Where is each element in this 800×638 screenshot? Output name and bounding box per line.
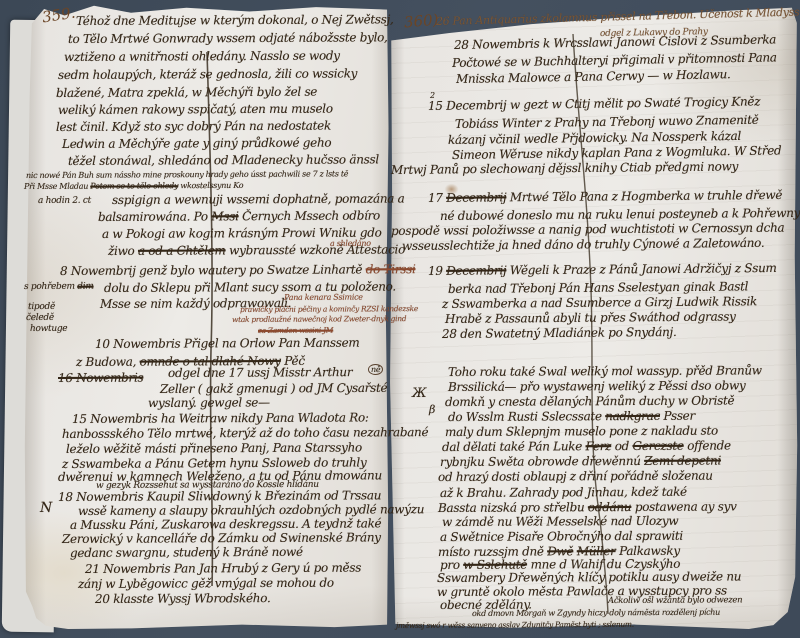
handwritten-line: Pana kenara Ssimice (284, 293, 363, 302)
handwritten-line: 15 Decembrij w gezt w Ctitj mělit po Swa… (428, 94, 760, 113)
handwritten-line: Bassta nizská pro střelbu oddánu postawe… (438, 499, 737, 515)
handwritten-line: jměwssj swó r wěss sanveno asslav Zdunit… (396, 620, 634, 630)
handwritten-line: 15 Nowembris ha Weitraw nikdy Pana Wlado… (72, 410, 369, 426)
handwritten-line: berka nad Třebonj Pán Hans Sselestyan gi… (448, 279, 748, 296)
handwritten-line: domkň y cnesta dělaných Pánům duchy w Ob… (445, 393, 734, 409)
handwritten-line: wztiženo a wnitřnosti ohledány. Nasslo s… (64, 49, 340, 64)
handwritten-line: 28 den Swatetný Mladiánek po Snydánj. (442, 325, 677, 341)
handwritten-line: zánj w Lyběgowicc gěž vmýgal se mohou do (78, 576, 334, 591)
margin-cross-mark: Ж (412, 386, 426, 401)
handwritten-line: sspigign a wewnuji wssemi dophatně, poma… (112, 191, 405, 207)
handwritten-line: od hrazý dosti oblaupj z dřiní pořádně s… (438, 469, 713, 484)
handwritten-line: 16 Nowembris (58, 371, 143, 385)
handwritten-line: a Swětnice Pisaře Obročnýho dal sprawiti (440, 529, 683, 544)
handwritten-line: wtak prodlaužné nawečnoj kod Zweter-dnyk… (232, 314, 406, 324)
handwritten-line: Při Msse Mladau Potom se to tělo ohledy … (24, 181, 243, 191)
handwritten-line: z Sswamberka a nad Ssumberce a Girzj Lud… (442, 294, 757, 311)
manuscript-photo: Téhož dne Meditujse w kterým dokonal, o … (0, 0, 800, 638)
handwritten-line: 19 Decembrij Wěgeli k Praze z Pánů Janow… (428, 261, 777, 278)
handwritten-line: Zeller ( gakž gmenugi ) od JM Cysařsté (160, 381, 387, 396)
handwritten-line: howtuge (30, 324, 67, 334)
handwritten-line: 28 Nowembris k Wrcsslawi Janowi Cislovi … (454, 32, 776, 52)
handwritten-line: Mrtwj Panů po slechowanj dějssl knihy Ct… (391, 159, 738, 177)
handwritten-line: tipodě (28, 302, 55, 312)
handwritten-line: a shledáno (330, 239, 371, 248)
handwritten-line: s pohřebem dim (24, 282, 94, 292)
handwritten-line: Brssilická— přo wystawenj weliký z Pěssi… (448, 378, 745, 394)
handwritten-line: Mnisska Malowce a Pana Cerwy — w Hozlawu… (456, 67, 731, 86)
handwritten-line: dal dělati také Pán Luke Ferz od Gerczst… (442, 438, 731, 454)
handwritten-line: odgel dne 17 ussj Misstr Arthur (168, 365, 352, 380)
handwritten-line: okd dmovn Morgaň w Zgyndy hiczy doly nám… (472, 608, 720, 618)
handwritten-line: a hodin 2. ct (38, 196, 91, 206)
handwritten-line: Hrabě z Passaunů abyli tu přes Swáthod o… (445, 309, 736, 326)
handwritten-line: 8 Nowembrij genž bylo wautery po Swatze … (60, 262, 416, 278)
handwritten-line: za Zamden wssini JM (258, 326, 333, 335)
handwritten-line: Ledwin a Měchýře gate y giný průdkowé ge… (62, 136, 331, 151)
margin-beta-mark: β (429, 403, 435, 416)
handwritten-line: ně (368, 364, 383, 375)
handwriting-layer: Téhož dne Meditujse w kterým dokonal, o … (0, 0, 800, 638)
handwritten-line: nic nowé Pán Buh sum nássho mine proskou… (26, 169, 348, 180)
handwritten-line: 21 Nowembris Pan Jan Hrubý z Gery ú po m… (85, 561, 361, 576)
handwritten-line: 17 Decembrij Mrtwé Tělo Pana z Hogmberka… (428, 188, 782, 205)
handwritten-line: Ačkoliw ošl wžánta bylo odwezen (608, 595, 742, 606)
handwritten-line: maly dum Sklepnjm muselo pone z nakladu … (445, 424, 718, 439)
handwritten-line: Toho roku také Swal weliký mol wassyp. p… (448, 363, 762, 379)
handwritten-line: prawičky pláčni pěčiny a kominčy RZSI ka… (240, 304, 418, 314)
handwritten-line: do Wsslm Rusti Sslecssate nadkgrac Psser (448, 409, 695, 424)
handwritten-line: hanbossského Tělo mrtwé, kterýž až do to… (62, 425, 428, 441)
handwritten-line: Zerowický v kancelláře do Zámku od Swine… (62, 530, 381, 546)
handwritten-line: to Tělo Mrtwé Gonwrady wssem odjaté nábo… (68, 30, 388, 46)
handwritten-line: w zámdě nu Wěži Messelské nad Ulozyw (442, 514, 678, 529)
handwritten-line: lest činil. Když sto syc dobrý Pán na ne… (56, 119, 331, 134)
handwritten-line: gedanc swargnu, studený k Bráně nowé (70, 545, 303, 560)
handwritten-line: N (40, 500, 52, 516)
handwritten-line: 20 klasste Wyssj Wbrodského. (95, 591, 271, 606)
handwritten-line: blažené, Matra zpeklá, w Měchýři bylo že… (56, 85, 317, 100)
handwritten-line: až k Brahu. Zahrady pod Jinhau, kdež tak… (440, 485, 687, 500)
handwritten-line: balsamirowána. Po Mssi Černych Mssech od… (98, 209, 380, 224)
handwritten-line: 26 Pan Antiquarius zkolamnus přissel na … (436, 5, 800, 28)
handwritten-line: 18 Nowembris Kaupil Sliwdowný k Březinám… (58, 488, 381, 504)
folio-number-right: 360) (403, 11, 439, 32)
handwritten-line: 10 Nowembris Přigel na Orlow Pan Manssem (95, 336, 360, 351)
handwritten-line: rybnjku Swěta obrowde dřewěnnú Zemí depe… (440, 454, 721, 469)
handwritten-line: čeledě (26, 313, 54, 323)
handwritten-line: leželo wěžitě másti přineseno Panj, Pana… (66, 440, 362, 456)
handwritten-line: těžel stonáwal, shledáno od Mladenecky h… (68, 152, 379, 168)
handwritten-line: Téhož dne Meditujse w kterým dokonal, o … (76, 12, 394, 28)
handwritten-line: weliký kámen rakowy sspičatý, aten mu mu… (58, 102, 333, 117)
handwritten-line: wyslaný. gewgel se— (148, 395, 270, 410)
handwritten-line: Tobiáss Winter z Prahy na Třebonj wuwo Z… (455, 113, 759, 131)
handwritten-line: sedm holaupých, kteráž se gednosla, žili… (58, 66, 357, 82)
handwritten-line: wsseusslechtiže ja hned dáno do truhly C… (402, 236, 764, 253)
